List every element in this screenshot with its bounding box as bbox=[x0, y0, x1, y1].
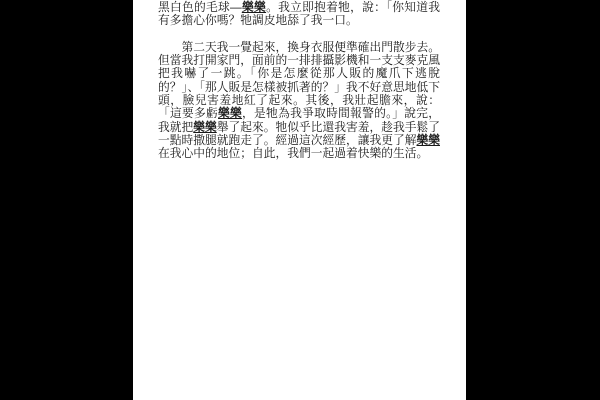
paragraph: 黑白色的毛球—樂樂。我立即抱着牠，說：「你知道我有多擔心你嗎？牠調皮地舔了我一口… bbox=[158, 1, 440, 28]
paragraph: 第二天我一覺起來，換身衣服便準確出門散步去。但當我打開家門，面前的一排排攝影機和… bbox=[158, 41, 440, 161]
pet-name-underlined: 樂樂 bbox=[242, 1, 266, 14]
pet-name-underlined: 樂樂 bbox=[218, 107, 242, 120]
letterbox-background: 黑白色的毛球—樂樂。我立即抱着牠，說：「你知道我有多擔心你嗎？牠調皮地舔了我一口… bbox=[0, 0, 600, 400]
pet-name-underlined: 樂樂 bbox=[417, 134, 441, 147]
document-page: 黑白色的毛球—樂樂。我立即抱着牠，說：「你知道我有多擔心你嗎？牠調皮地舔了我一口… bbox=[133, 0, 466, 400]
document-text: 黑白色的毛球—樂樂。我立即抱着牠，說：「你知道我有多擔心你嗎？牠調皮地舔了我一口… bbox=[133, 0, 466, 161]
pet-name-underlined: 樂樂 bbox=[193, 121, 217, 134]
body-text-run: 黑白色的毛球— bbox=[158, 1, 242, 14]
body-text-run: 在我心中的地位；自此，我們一起過着快樂的生活。 bbox=[158, 147, 428, 160]
